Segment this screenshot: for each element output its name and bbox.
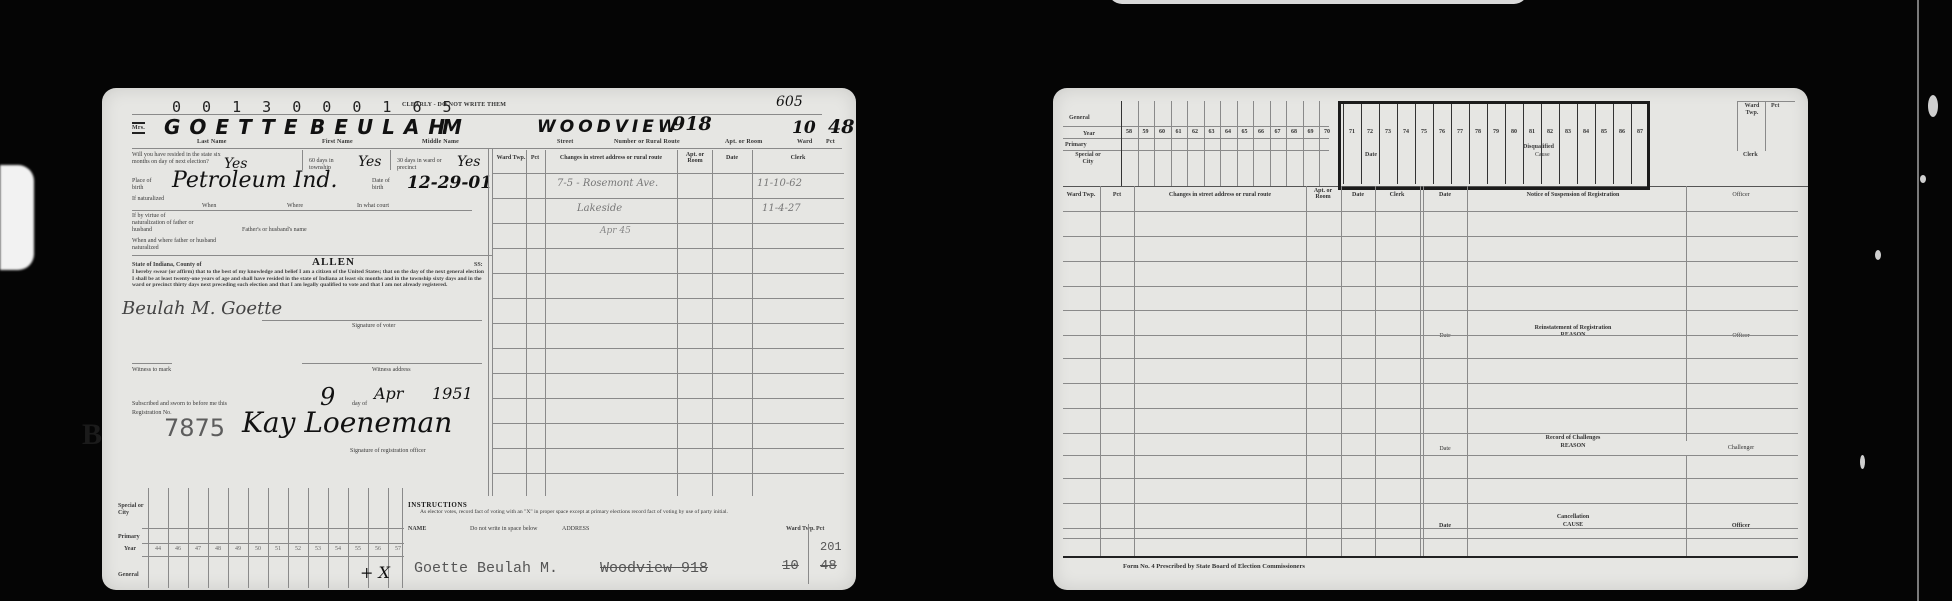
voter-signature-label: Signature of voter xyxy=(352,323,395,330)
vote-year: 71 xyxy=(1343,129,1361,135)
vote-year: 86 xyxy=(1613,129,1631,135)
voter-signature: Beulah M. Goette xyxy=(122,298,282,319)
vote-year: 70 xyxy=(1319,129,1335,135)
divider xyxy=(1595,104,1596,184)
witness-label: Witness to mark xyxy=(132,367,171,374)
side-pct-label: Pct xyxy=(1771,103,1779,110)
challenges-challenger-label: Challenger xyxy=(1686,445,1796,451)
film-speck xyxy=(1920,175,1926,183)
divider xyxy=(492,373,844,374)
vote-year: 44 xyxy=(148,546,168,552)
vote-year: 79 xyxy=(1487,129,1505,135)
change-date: 11-10-62 xyxy=(757,178,802,189)
divider xyxy=(492,173,844,174)
divider xyxy=(1063,358,1798,359)
middle-name-value: M xyxy=(442,115,471,139)
divider xyxy=(1204,101,1205,186)
suspension-officer-label: Officer xyxy=(1686,192,1796,198)
change-date: 11-4-27 xyxy=(762,203,801,214)
vote-year: 66 xyxy=(1253,129,1269,135)
instructions-text: As elector votes, record fact of voting … xyxy=(420,509,800,516)
divider xyxy=(248,488,249,588)
court-label: In what court xyxy=(357,203,389,210)
resided-township-answer: Yes xyxy=(358,154,382,170)
divider xyxy=(390,150,391,170)
registration-number: 7875 xyxy=(164,414,225,442)
divider xyxy=(492,223,844,224)
divider xyxy=(208,488,209,588)
divider xyxy=(1487,104,1488,184)
vote-row-general: General xyxy=(118,572,139,579)
divider xyxy=(1319,101,1320,186)
divider xyxy=(148,488,149,588)
where-label: Where xyxy=(287,203,303,210)
divider xyxy=(1220,101,1221,186)
divider xyxy=(492,423,844,424)
vote-year: 61 xyxy=(1171,129,1187,135)
vote-row-year: Year xyxy=(124,546,136,553)
reinstatement-title: Reinstatement of Registration xyxy=(1467,325,1679,331)
oath-state-label: State of Indiana, County of xyxy=(132,262,202,269)
divider xyxy=(308,488,309,588)
divider xyxy=(1343,104,1344,184)
divider xyxy=(492,323,844,324)
vote-year: 47 xyxy=(188,546,208,552)
vote-year: 59 xyxy=(1138,129,1154,135)
divider xyxy=(1063,236,1798,237)
box-date-label: Date xyxy=(1365,152,1377,159)
challenges-reason-label: REASON xyxy=(1467,443,1679,449)
vote-year: 46 xyxy=(168,546,188,552)
oath-text: I hereby swear (or affirm) that to the b… xyxy=(132,269,487,289)
header-instruction: CLEARLY - DO NOT WRITE THEM xyxy=(402,102,506,108)
divider xyxy=(268,488,269,588)
typed-pct-top: 201 xyxy=(820,540,842,554)
divider xyxy=(132,148,842,149)
father-label: If by virtue of naturalization of father… xyxy=(132,213,197,234)
divider xyxy=(288,488,289,588)
divider xyxy=(1467,186,1468,556)
divider xyxy=(1063,433,1798,434)
instructions-ward-label: Ward Twp. xyxy=(786,526,815,533)
place-of-birth-value: Petroleum Ind. xyxy=(172,168,337,193)
divider xyxy=(492,473,844,474)
divider xyxy=(1063,556,1798,558)
divider xyxy=(302,363,482,364)
divider xyxy=(1379,104,1380,184)
r-changes-header-address: Changes in street address or rural route xyxy=(1137,192,1303,198)
film-speck xyxy=(1860,455,1865,469)
vote-year: 85 xyxy=(1595,129,1613,135)
divider xyxy=(492,348,844,349)
divider xyxy=(492,273,844,274)
divider xyxy=(1306,186,1307,556)
date-of-birth-label: Date of birth xyxy=(372,178,402,192)
vote-year: 60 xyxy=(1154,129,1170,135)
challenges-title: Record of Challenges xyxy=(1467,435,1679,441)
officer-signature-label: Signature of registration officer xyxy=(350,448,426,455)
divider xyxy=(1303,101,1304,186)
box-disqualified-label: Disqualified xyxy=(1523,144,1554,151)
vote-year: 48 xyxy=(208,546,228,552)
divider xyxy=(1577,104,1578,184)
typed-pct: 48 xyxy=(820,558,837,574)
grid-row-primary: Primary xyxy=(1065,142,1087,149)
divider xyxy=(1121,101,1122,186)
disqualified-box xyxy=(1338,101,1650,190)
resided-state-label: Will you have resided in the state six m… xyxy=(132,152,224,166)
change-address: 7-5 - Rosemont Ave. xyxy=(557,178,658,189)
subscribed-month: Apr xyxy=(374,384,403,403)
vote-year: 82 xyxy=(1541,129,1559,135)
middle-name-label: Middle Name xyxy=(422,139,459,145)
divider xyxy=(328,488,329,588)
vote-year: 72 xyxy=(1361,129,1379,135)
divider xyxy=(262,320,482,321)
change-address: Apr 45 xyxy=(600,226,631,236)
divider xyxy=(1415,104,1416,184)
divider xyxy=(1237,101,1238,186)
divider xyxy=(188,488,189,588)
divider xyxy=(492,248,844,249)
registration-card-back: General Year Primary Special or City 585… xyxy=(1053,88,1808,590)
vote-year: 76 xyxy=(1433,129,1451,135)
divider xyxy=(168,488,169,588)
r-changes-header-apt: Apt. or Room xyxy=(1306,188,1340,200)
divider xyxy=(1559,104,1560,184)
divider xyxy=(1451,104,1452,184)
apt-label: Apt. or Room xyxy=(725,139,762,145)
divider xyxy=(402,488,403,588)
divider xyxy=(492,448,844,449)
divider xyxy=(132,210,472,211)
divider xyxy=(1063,286,1798,287)
r-changes-header-pct: Pct xyxy=(1100,192,1134,198)
divider xyxy=(302,150,303,170)
general-vote-mark: + X xyxy=(360,563,390,582)
divider xyxy=(142,543,404,544)
ward-label: Ward xyxy=(797,139,812,145)
street-label: Street xyxy=(557,139,573,145)
grid-row-general: General xyxy=(1069,115,1090,122)
divider xyxy=(228,488,229,588)
vote-year: 75 xyxy=(1415,129,1433,135)
pct-value: 48 xyxy=(828,116,854,138)
vote-year: 53 xyxy=(308,546,328,552)
divider xyxy=(808,524,809,584)
r-changes-header-ward: Ward Twp. xyxy=(1063,192,1099,198)
divider xyxy=(1765,101,1766,151)
divider xyxy=(348,488,349,588)
vote-year: 54 xyxy=(328,546,348,552)
divider xyxy=(1361,104,1362,184)
vote-year: 87 xyxy=(1631,129,1649,135)
vote-year: 73 xyxy=(1379,129,1397,135)
oath-county: ALLEN xyxy=(312,256,355,268)
divider xyxy=(1686,456,1687,556)
vote-row-special: Special or City xyxy=(118,503,148,517)
divider xyxy=(492,148,493,496)
instructions-name-label: NAME xyxy=(408,526,426,533)
divider xyxy=(1063,261,1798,262)
vote-year: 67 xyxy=(1270,129,1286,135)
place-of-birth-label: Place of birth xyxy=(132,178,162,192)
divider xyxy=(1063,335,1798,336)
divider xyxy=(1171,101,1172,186)
adjacent-card-edge xyxy=(0,165,34,270)
divider xyxy=(488,148,489,496)
film-scratch-line xyxy=(1917,0,1919,601)
vote-year: 55 xyxy=(348,546,368,552)
divider xyxy=(1737,101,1738,151)
naturalized-label: If naturalized xyxy=(132,196,177,203)
form-footer: Form No. 4 Prescribed by State Board of … xyxy=(1123,563,1305,570)
instructions-address-label: ADDRESS xyxy=(562,526,589,533)
divider xyxy=(492,298,844,299)
vote-row-primary: Primary xyxy=(118,534,140,541)
divider xyxy=(1063,126,1329,127)
divider xyxy=(1063,503,1798,504)
number-label: Number or Rural Route xyxy=(614,139,680,145)
reinstatement-officer-label: Officer xyxy=(1686,333,1796,339)
divider xyxy=(1397,104,1398,184)
corner-note: 605 xyxy=(776,94,803,110)
vote-year: 58 xyxy=(1121,129,1137,135)
vote-year: 69 xyxy=(1303,129,1319,135)
vote-year: 52 xyxy=(288,546,308,552)
vote-year: 57 xyxy=(388,546,408,552)
divider xyxy=(142,556,404,557)
divider xyxy=(1187,101,1188,186)
typed-name: Goette Beulah M. xyxy=(414,560,558,577)
side-clerk-label: Clerk xyxy=(1743,152,1758,159)
divider xyxy=(142,528,404,529)
vote-year: 51 xyxy=(268,546,288,552)
divider xyxy=(1433,104,1434,184)
title-prefix: Mrs. xyxy=(132,122,145,134)
vote-year: 78 xyxy=(1469,129,1487,135)
vote-year: 62 xyxy=(1187,129,1203,135)
side-ward-label: Ward Twp. xyxy=(1741,103,1763,117)
vote-year: 81 xyxy=(1523,129,1541,135)
vote-year: 56 xyxy=(368,546,388,552)
vote-year: 80 xyxy=(1505,129,1523,135)
grid-row-year: Year xyxy=(1083,131,1095,138)
vote-year: 49 xyxy=(228,546,248,552)
divider xyxy=(492,198,844,199)
street-value: WOODVIEW xyxy=(537,117,681,137)
instructions-pct-label: Pct xyxy=(816,526,824,533)
subscribed-label: Subscribed and sworn to before me this xyxy=(132,401,227,408)
divider xyxy=(1423,186,1424,556)
divider xyxy=(1100,186,1101,556)
instructions-do-not-write: Do not write in space below xyxy=(470,526,537,533)
divider xyxy=(1063,150,1329,151)
divider xyxy=(1063,383,1798,384)
where-father-label: When and where father or husband natural… xyxy=(132,238,232,252)
vote-year: 83 xyxy=(1559,129,1577,135)
vote-year: 74 xyxy=(1397,129,1415,135)
divider xyxy=(1063,408,1798,409)
divider xyxy=(1686,186,1687,441)
film-speck xyxy=(1875,250,1881,260)
father-name-label: Father's or husband's name xyxy=(242,227,307,234)
typed-ward: 10 xyxy=(782,558,799,574)
divider xyxy=(1138,101,1139,186)
changes-header-apt: Apt. or Room xyxy=(678,152,712,164)
vote-year: 68 xyxy=(1286,129,1302,135)
vote-year: 64 xyxy=(1220,129,1236,135)
divider xyxy=(1063,455,1798,456)
ward-value: 10 xyxy=(792,118,816,138)
suspension-title: Notice of Suspension of Registration xyxy=(1467,192,1679,198)
adjacent-card-edge-top xyxy=(1108,0,1528,4)
box-cause-label: Cause xyxy=(1535,152,1550,159)
changes-header-clerk: Clerk xyxy=(752,155,844,161)
r-changes-header-clerk: Clerk xyxy=(1375,192,1419,198)
challenges-date-label: Date xyxy=(1423,446,1467,452)
film-speck xyxy=(1928,95,1938,117)
registration-card-front: 605 0 0 1 3 0 0 0 1 6 5 CLEARLY - DO NOT… xyxy=(102,88,856,590)
change-address: Lakeside xyxy=(577,203,622,214)
typed-address: Woodview 918 xyxy=(600,560,708,577)
section-letter: B xyxy=(82,418,102,452)
divider xyxy=(1253,101,1254,186)
divider xyxy=(1341,186,1342,556)
pct-label: Pct xyxy=(826,139,835,145)
suspension-date-label: Date xyxy=(1423,192,1467,198)
last-name-label: Last Name xyxy=(197,139,227,145)
divider xyxy=(1063,528,1798,529)
divider xyxy=(1631,104,1632,184)
changes-header-date: Date xyxy=(712,155,752,161)
divider xyxy=(1063,310,1798,311)
first-name-label: First Name xyxy=(322,139,353,145)
subscribed-year: 1951 xyxy=(432,384,473,403)
vote-year: 65 xyxy=(1237,129,1253,135)
grid-row-special: Special or City xyxy=(1073,152,1103,166)
changes-header-address: Changes in street address or rural route xyxy=(548,155,674,161)
witness-address-label: Witness address xyxy=(372,367,411,374)
divider xyxy=(1286,101,1287,186)
changes-header-ward: Ward Twp. xyxy=(496,155,526,161)
divider xyxy=(1505,104,1506,184)
last-name-value: GOETTE xyxy=(164,115,307,139)
divider xyxy=(1063,138,1329,139)
oath-ss: SS: xyxy=(474,262,483,269)
vote-year: 84 xyxy=(1577,129,1595,135)
officer-signature: Kay Loeneman xyxy=(242,406,452,439)
divider xyxy=(1063,211,1798,212)
vote-year: 50 xyxy=(248,546,268,552)
date-of-birth-value: 12-29-01 xyxy=(407,173,492,193)
divider xyxy=(492,398,844,399)
divider xyxy=(1375,186,1376,556)
when-label: When xyxy=(202,203,216,210)
reinstatement-date-label: Date xyxy=(1423,333,1467,339)
divider xyxy=(1420,186,1421,556)
divider xyxy=(1613,104,1614,184)
instructions-title: INSTRUCTIONS xyxy=(408,501,467,509)
divider xyxy=(1063,538,1798,539)
number-value: 918 xyxy=(672,113,712,135)
cancellation-title: Cancellation xyxy=(1467,514,1679,520)
resided-ward-label: 30 days in ward or precinct xyxy=(397,158,459,172)
divider xyxy=(1737,101,1795,102)
divider xyxy=(1134,186,1135,556)
divider xyxy=(132,363,172,364)
r-changes-header-date: Date xyxy=(1341,192,1375,198)
vote-year: 63 xyxy=(1204,129,1220,135)
first-name-value: BEULAH xyxy=(310,115,454,139)
divider xyxy=(1270,101,1271,186)
resided-ward-answer: Yes xyxy=(457,154,481,170)
changes-header-pct: Pct xyxy=(526,155,544,161)
divider xyxy=(1063,478,1798,479)
divider xyxy=(1469,104,1470,184)
divider xyxy=(1154,101,1155,186)
vote-year: 77 xyxy=(1451,129,1469,135)
